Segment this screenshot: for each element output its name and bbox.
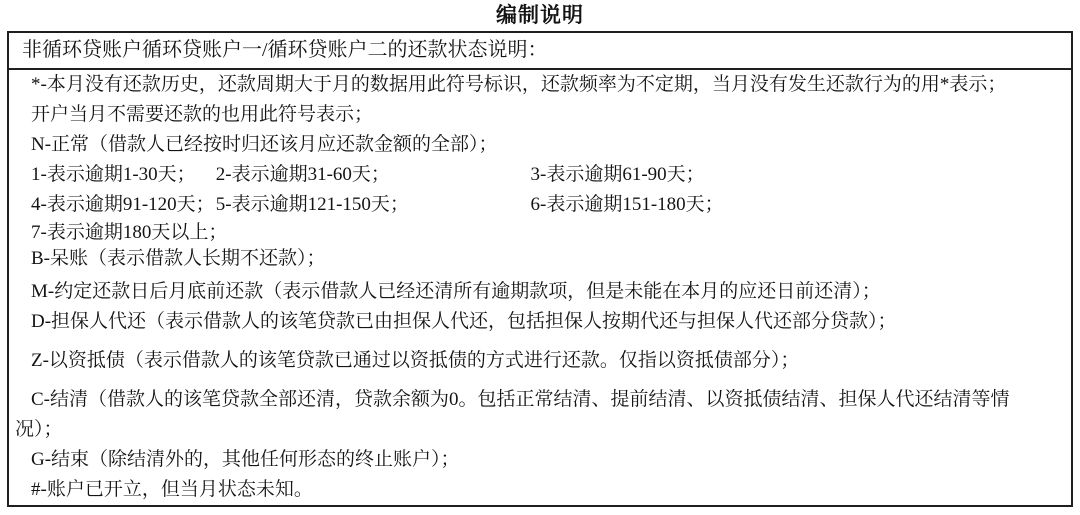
- notes-header: 非循环贷账户循环贷账户一/循环贷账户二的还款状态说明：: [9, 33, 1071, 70]
- note-line-seven: 7-表示逾期180天以上；: [15, 220, 1063, 246]
- note-line-star: *-本月没有还款历史，还款周期大于月的数据用此符号标识，还款频率为不定期，当月没…: [15, 70, 1063, 100]
- note-line-g-end: G-结束（除结清外的，其他任何形态的终止账户）；: [15, 445, 1063, 475]
- grade-cell-3: 3-表示逾期61-90天；: [531, 160, 705, 190]
- grade-cell-1: 1-表示逾期1-30天；: [15, 160, 211, 190]
- grade-cell-4: 4-表示逾期91-120天；: [15, 190, 211, 220]
- grade-cell-6: 6-表示逾期151-180天；: [531, 190, 724, 220]
- notes-body: *-本月没有还款历史，还款周期大于月的数据用此符号标识，还款频率为不定期，当月没…: [9, 70, 1071, 505]
- page-title: 编制说明: [0, 0, 1080, 28]
- note-line-b-bad: B-呆账（表示借款人长期不还款）；: [15, 246, 1063, 272]
- grade-cell-5: 5-表示逾期121-150天；: [216, 190, 526, 220]
- overdue-grade-row-2: 4-表示逾期91-120天； 5-表示逾期121-150天； 6-表示逾期151…: [15, 190, 1063, 220]
- note-line-c-settled: C-结清（借款人的该笔贷款全部还清，贷款余额为0。包括正常结清、提前结清、以资抵…: [15, 385, 1063, 415]
- document-page: 编制说明 非循环贷账户循环贷账户一/循环贷账户二的还款状态说明： *-本月没有还…: [0, 0, 1080, 515]
- overdue-grade-row-1: 1-表示逾期1-30天； 2-表示逾期31-60天； 3-表示逾期61-90天；: [15, 160, 1063, 190]
- note-line-m-agreed: M-约定还款日后月底前还款（表示借款人已经还清所有逾期款项，但是未能在本月的应还…: [15, 277, 1063, 307]
- note-line-n-normal: N-正常（借款人已经按时归还该月应还款金额的全部）；: [15, 130, 1063, 160]
- note-line-open-month: 开户当月不需要还款的也用此符号表示；: [15, 100, 1063, 130]
- grade-cell-2: 2-表示逾期31-60天；: [216, 160, 526, 190]
- note-line-z-assets: Z-以资抵债（表示借款人的该笔贷款已通过以资抵债的方式进行还款。仅指以资抵债部分…: [15, 346, 1063, 376]
- note-line-hash-unknown: #-账户已开立，但当月状态未知。: [15, 475, 1063, 505]
- note-line-c-settled-wrap: 况）；: [15, 415, 1063, 445]
- note-line-d-guarantor: D-担保人代还（表示借款人的该笔贷款已由担保人代还，包括担保人按期代还与担保人代…: [15, 307, 1063, 337]
- notes-box: 非循环贷账户循环贷账户一/循环贷账户二的还款状态说明： *-本月没有还款历史，还…: [7, 31, 1073, 507]
